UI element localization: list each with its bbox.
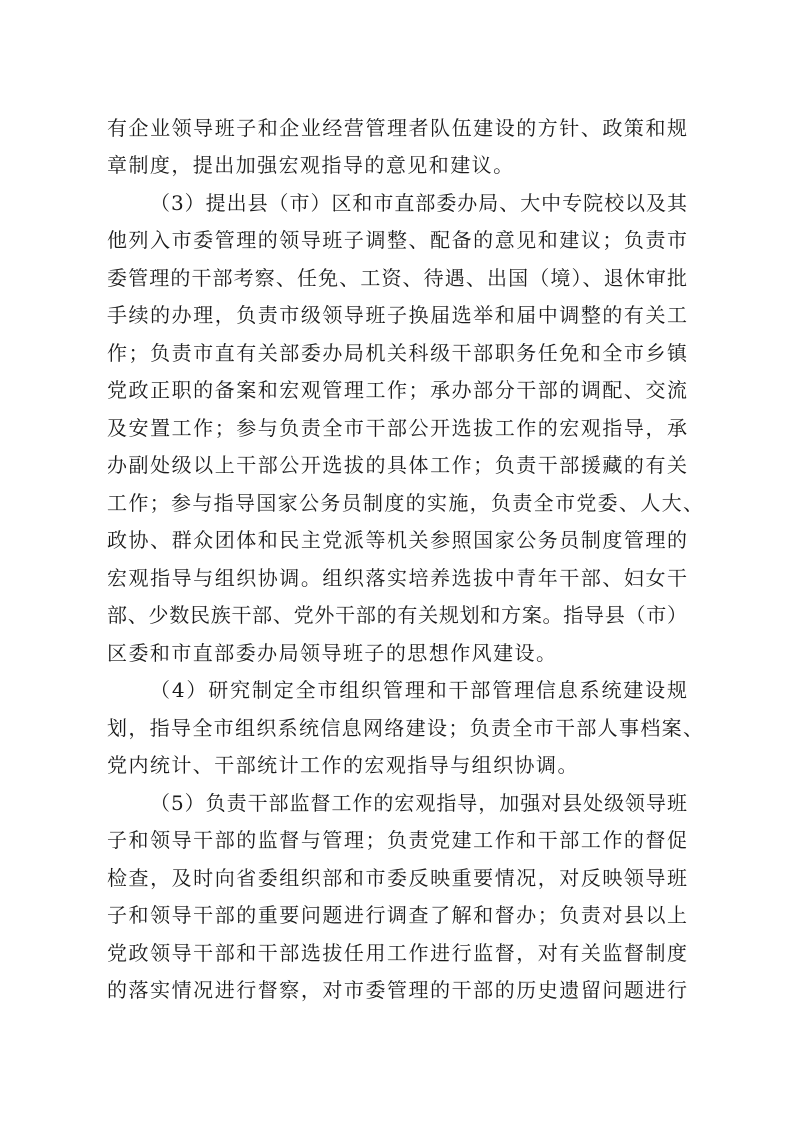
- text-line: 手续的办理，负责市级领导班子换届选举和届中调整的有关工: [107, 300, 687, 330]
- text-line: 划，指导全市组织系统信息网络建设；负责全市干部人事档案、: [107, 713, 703, 743]
- text-line: 区委和市直部委办局领导班子的思想作风建设。: [107, 638, 687, 668]
- text-line: 委管理的干部考察、任免、工资、待遇、出国（境）、退休审批: [107, 263, 687, 293]
- text-line: 检查，及时向省委组织部和市委反映重要情况，对反映领导班: [107, 863, 687, 893]
- text-line: 部、少数民族干部、党外干部的有关规划和方案。指导县（市）: [107, 600, 687, 630]
- document-page: 有企业领导班子和企业经营管理者队伍建设的方针、政策和规 章制度，提出加强宏观指导…: [0, 0, 793, 1122]
- paragraph-5-first-line: （5）负责干部监督工作的宏观指导，加强对县处级领导班: [150, 788, 687, 818]
- paragraph-4-first-line: （4）研究制定全市组织管理和干部管理信息系统建设规: [150, 675, 687, 705]
- text-line: 及安置工作；参与负责全市干部公开选拔工作的宏观指导，承: [107, 413, 687, 443]
- text-line: 有企业领导班子和企业经营管理者队伍建设的方针、政策和规: [107, 113, 687, 143]
- text-line: 宏观指导与组织协调。组织落实培养选拔中青年干部、妇女干: [107, 563, 687, 593]
- text-line: 他列入市委管理的领导班子调整、配备的意见和建议；负责市: [107, 225, 687, 255]
- text-line: 政协、群众团体和民主党派等机关参照国家公务员制度管理的: [107, 525, 687, 555]
- text-line: 子和领导干部的重要问题进行调查了解和督办；负责对县以上: [107, 900, 687, 930]
- text-line: 子和领导干部的监督与管理；负责党建工作和干部工作的督促: [107, 825, 687, 855]
- text-line: 工作；参与指导国家公务员制度的实施，负责全市党委、人大、: [107, 488, 703, 518]
- text-line: 章制度，提出加强宏观指导的意见和建议。: [107, 150, 687, 180]
- text-line: 党政正职的备案和宏观管理工作；承办部分干部的调配、交流: [107, 375, 687, 405]
- text-line: 的落实情况进行督察，对市委管理的干部的历史遗留问题进行: [107, 975, 687, 1005]
- text-line: 作；负责市直有关部委办局机关科级干部职务任免和全市乡镇: [107, 338, 687, 368]
- text-line: 办副处级以上干部公开选拔的具体工作；负责干部援藏的有关: [107, 450, 687, 480]
- text-line: 党内统计、干部统计工作的宏观指导与组织协调。: [107, 750, 687, 780]
- paragraph-3-first-line: （3）提出县（市）区和市直部委办局、大中专院校以及其: [150, 188, 687, 218]
- text-line: 党政领导干部和干部选拔任用工作进行监督，对有关监督制度: [107, 938, 687, 968]
